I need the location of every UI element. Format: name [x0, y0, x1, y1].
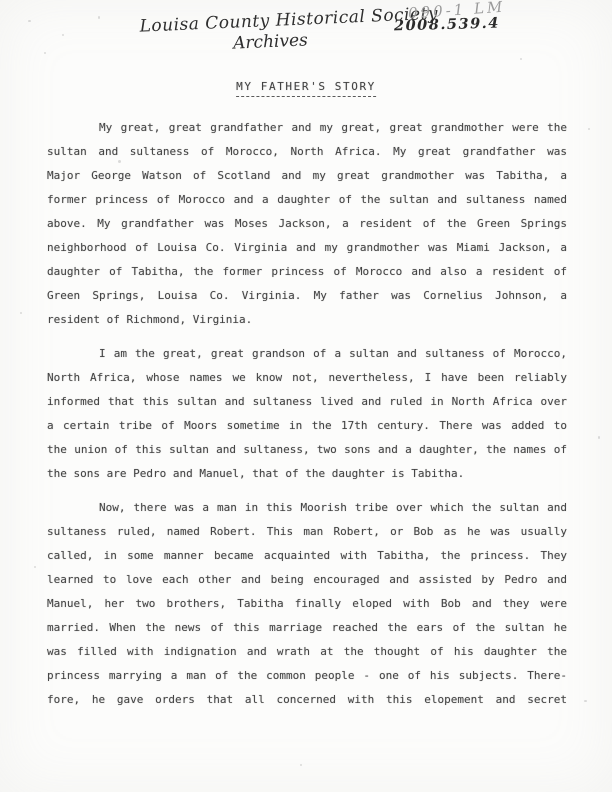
scan-speck — [520, 58, 522, 60]
scan-speck — [584, 700, 587, 702]
text-line: I am the great, great grandson of a sult… — [47, 342, 567, 366]
text-line: Manuel, her two brothers, Tabitha finall… — [47, 592, 567, 616]
text-line: above. My grandfather was Moses Jackson,… — [47, 212, 567, 236]
paragraph-1: My great, great grandfather and my great… — [47, 116, 567, 332]
text-line: called, in some manner became acquainted… — [47, 544, 567, 568]
scan-speck — [62, 34, 64, 36]
accession-number: 2008.539.4 — [394, 15, 500, 35]
text-line: learned to love each other and being enc… — [47, 568, 567, 592]
text-line: sultaness ruled, named Robert. This man … — [47, 520, 567, 544]
text-line: princess marrying a man of the common pe… — [47, 664, 567, 688]
text-line: Green Springs, Louisa Co. Virginia. My f… — [47, 284, 567, 308]
text-line: the union of this sultan and sultaness, … — [47, 438, 567, 462]
scan-speck — [34, 566, 36, 568]
text-line: sultan and sultaness of Morocco, North A… — [47, 140, 567, 164]
text-line: neighborhood of Louisa Co. Virginia and … — [47, 236, 567, 260]
text-line: was filled with indignation and wrath at… — [47, 640, 567, 664]
text-line: informed that this sultan and sultaness … — [47, 390, 567, 414]
text-line: My great, great grandfather and my great… — [47, 116, 567, 140]
scanned-document-page: Louisa County Historical Society Archive… — [0, 0, 612, 792]
scan-speck — [98, 16, 100, 19]
scan-speck — [588, 128, 590, 130]
text-line: Major George Watson of Scotland and my g… — [47, 164, 567, 188]
archive-stamp: Louisa County Historical Society Archive… — [139, 5, 401, 57]
text-line: a certain tribe of Moors sometime in the… — [47, 414, 567, 438]
text-line: married. When the news of this marriage … — [47, 616, 567, 640]
text-line: resident of Richmond, Virginia. — [47, 308, 567, 332]
text-line: daughter of Tabitha, the former princess… — [47, 260, 567, 284]
text-line: former princess of Morocco and a daughte… — [47, 188, 567, 212]
paragraph-3: Now, there was a man in this Moorish tri… — [47, 496, 567, 712]
scan-speck — [44, 52, 46, 54]
document-body: My great, great grandfather and my great… — [47, 116, 567, 712]
text-line: North Africa, whose names we know not, n… — [47, 366, 567, 390]
scan-speck — [118, 160, 121, 163]
scan-speck — [300, 764, 302, 766]
text-line: fore, he gave orders that all concerned … — [47, 688, 567, 712]
text-line: the sons are Pedro and Manuel, that of t… — [47, 462, 567, 486]
scan-speck — [28, 20, 31, 22]
scan-speck — [598, 436, 600, 439]
scan-speck — [20, 312, 22, 314]
paragraph-2: I am the great, great grandson of a sult… — [47, 342, 567, 486]
document-title: MY FATHER'S STORY — [236, 80, 376, 97]
text-line: Now, there was a man in this Moorish tri… — [47, 496, 567, 520]
